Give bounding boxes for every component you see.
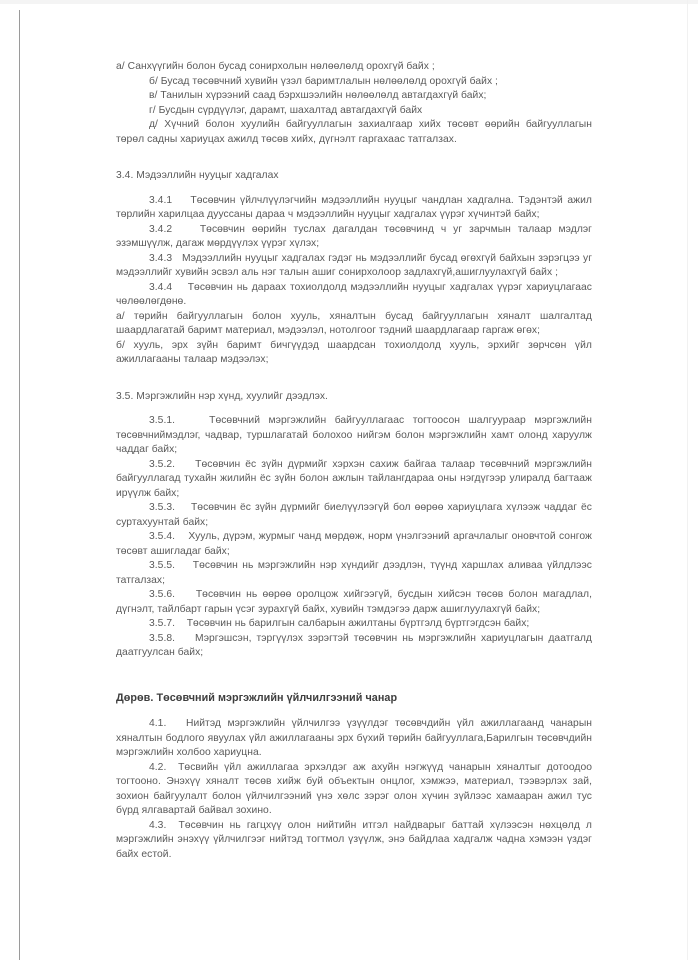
clause-text: Төсөвчин нь барилгын салбарын ажилтаны б… [187, 618, 530, 629]
clause-number: 3.5.2. [149, 459, 175, 470]
intro-item-g: г/ Бусдын сүрдүүлэг, дарамт, шахалтад ав… [116, 104, 592, 119]
clause-3-4-2: 3.4.2 Төсөвчин өөрийн туслах дагалдан тө… [116, 223, 592, 252]
clause-4-1: 4.1. Нийтэд мэргэжлийн үйлчилгээ үзүүлдэ… [116, 717, 592, 761]
clause-3-5-5: 3.5.5. Төсөвчин нь мэргэжлийн нэр хүндий… [116, 559, 592, 588]
clause-3-5-4: 3.5.4. Хууль, дүрэм, журмыг чанд мөрдөж,… [116, 530, 592, 559]
clause-number: 3.5.6. [149, 589, 175, 600]
clause-3-4-4: 3.4.4 Төсөвчин нь дараах тохиолдолд мэдэ… [116, 281, 592, 310]
clause-number: 4.3. [149, 820, 166, 831]
clause-text: Мэргэшсэн, тэргүүлэх зэрэгтэй төсөвчин н… [116, 633, 592, 659]
clause-number: 3.5.1. [149, 415, 175, 426]
clause-text: Төсөвчин нь гагцхүү олон нийтийн итгэл н… [116, 820, 592, 860]
clause-text: Төсөвчин нь дараах тохиолдолд мэдээллийн… [116, 282, 592, 308]
chapter-4: 4.1. Нийтэд мэргэжлийн үйлчилгээ үзүүлдэ… [116, 717, 592, 862]
item-label: б/ [116, 340, 125, 351]
clause-text: Төсөвчин үйлчлүүлэгчийн мэдээллийн нууцы… [116, 195, 592, 221]
item-text: Бусдын сүрдүүлэг, дарамт, шахалтад автаг… [159, 105, 423, 116]
clause-number: 3.4.2 [149, 224, 172, 235]
clause-3-5-7: 3.5.7. Төсөвчин нь барилгын салбарын ажи… [116, 617, 592, 632]
clause-text: Төсөвчин ёс зүйн дүрмийг хэрхэн сахиж ба… [116, 459, 592, 499]
clause-number: 3.5.7. [149, 618, 175, 629]
clause-text: Төсөвчин ёс зүйн дүрмийг биелүүлээгүй бо… [116, 502, 592, 528]
clause-number: 3.4.4 [149, 282, 172, 293]
scan-right-edge [687, 0, 688, 960]
item-text: хууль, эрх зүйн баримт бичгүүдэд шаардса… [116, 340, 592, 366]
clause-4-3: 4.3. Төсөвчин нь гагцхүү олон нийтийн ит… [116, 819, 592, 863]
clause-text: Төсөвчний мэргэжлийн байгууллагаас тогто… [116, 415, 592, 455]
section-3-4: 3.4.1 Төсөвчин үйлчлүүлэгчийн мэдээллийн… [116, 194, 592, 368]
section-3-5: 3.5.1. Төсөвчний мэргэжлийн байгууллагаа… [116, 414, 592, 661]
clause-4-2: 4.2. Төсвийн үйл ажиллагаа эрхэлдэг аж а… [116, 761, 592, 819]
clause-text: Төсөвчин өөрийн туслах дагалдан төсөвчин… [116, 224, 592, 250]
clause-3-5-2: 3.5.2. Төсөвчин ёс зүйн дүрмийг хэрхэн с… [116, 458, 592, 502]
clause-3-5-1: 3.5.1. Төсөвчний мэргэжлийн байгууллагаа… [116, 414, 592, 458]
clause-text: Төсвийн үйл ажиллагаа эрхэлдэг аж ахуйн … [116, 762, 592, 817]
item-label: в/ [149, 90, 157, 101]
intro-list: а/ Санхүүгийн болон бусад сонирхолын нөл… [116, 60, 592, 147]
item-label: а/ [116, 311, 125, 322]
clause-text: Төсөвчин нь өөрөө оролцож хийгээгүй, бус… [116, 589, 592, 615]
clause-number: 4.2. [149, 762, 166, 773]
document-page: а/ Санхүүгийн болон бусад сонирхолын нөл… [116, 60, 592, 862]
clause-text: Төсөвчин нь мэргэжлийн нэр хүндийг дээдл… [116, 560, 592, 586]
intro-item-a: а/ Санхүүгийн болон бусад сонирхолын нөл… [116, 60, 592, 75]
clause-number: 3.4.3 [149, 253, 172, 264]
clause-text: Нийтэд мэргэжлийн үйлчилгээ үзүүлдэг төс… [116, 718, 592, 758]
clause-3-4-4-a: а/ төрийн байгууллагын болон хууль, хяна… [116, 310, 592, 339]
clause-3-5-3: 3.5.3. Төсөвчин ёс зүйн дүрмийг биелүүлэ… [116, 501, 592, 530]
clause-number: 3.4.1 [149, 195, 172, 206]
intro-item-v: в/ Танилын хүрээний саад бэрхшээлийн нөл… [116, 89, 592, 104]
item-label: б/ [149, 76, 158, 87]
clause-number: 4.1. [149, 718, 166, 729]
clause-number: 3.5.5. [149, 560, 175, 571]
clause-number: 3.5.8. [149, 633, 175, 644]
chapter-4-heading: Дөрөв. Төсөвчний мэргэжлийн үйлчилгээний… [116, 691, 592, 706]
item-label: а/ [116, 61, 125, 72]
clause-3-4-3: 3.4.3 Мэдээллийн нууцыг хадгалах гэдэг н… [116, 252, 592, 281]
clause-text: Мэдээллийн нууцыг хадгалах гэдэг нь мэдэ… [116, 253, 592, 279]
item-label: д/ [149, 119, 158, 130]
intro-item-b: б/ Бусад төсөвчний хувийн үзэл баримтлал… [116, 75, 592, 90]
clause-number: 3.5.4. [149, 531, 175, 542]
clause-3-5-8: 3.5.8. Мэргэшсэн, тэргүүлэх зэрэгтэй төс… [116, 632, 592, 661]
scan-left-border-line [19, 10, 20, 960]
section-3-4-heading: 3.4. Мэдээллийн нууцыг хадгалах [116, 169, 592, 184]
clause-3-4-1: 3.4.1 Төсөвчин үйлчлүүлэгчийн мэдээллийн… [116, 194, 592, 223]
clause-3-4-4-b: б/ хууль, эрх зүйн баримт бичгүүдэд шаар… [116, 339, 592, 368]
clause-number: 3.5.3. [149, 502, 175, 513]
scan-top-edge [0, 0, 698, 4]
item-text: Танилын хүрээний саад бэрхшээлийн нөлөөл… [160, 90, 486, 101]
item-text: Санхүүгийн болон бусад сонирхолын нөлөөл… [128, 61, 435, 72]
clause-text: Хууль, дүрэм, журмыг чанд мөрдөж, норм ү… [116, 531, 592, 557]
item-label: г/ [149, 105, 156, 116]
item-text: Бусад төсөвчний хувийн үзэл баримтлалын … [161, 76, 498, 87]
intro-item-d: д/ Хүчний болон хуулийн байгууллагын зах… [116, 118, 592, 147]
clause-3-5-6: 3.5.6. Төсөвчин нь өөрөө оролцож хийгээг… [116, 588, 592, 617]
section-3-5-heading: 3.5. Мэргэжлийн нэр хүнд, хуулийг дээдлэ… [116, 390, 592, 405]
item-text: Хүчний болон хуулийн байгууллагын захиал… [116, 119, 592, 145]
item-text: төрийн байгууллагын болон хууль, хяналты… [116, 311, 592, 337]
